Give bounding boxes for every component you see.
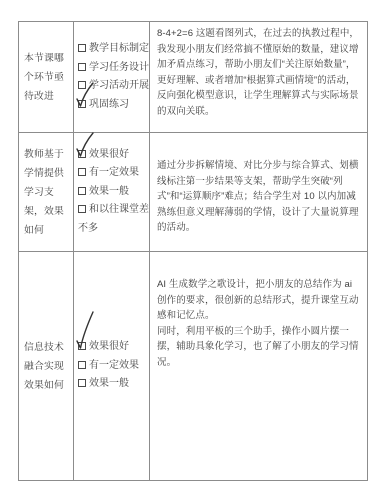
comment-cell-scaffolding: 通过分步拆解情境、对比分步与综合算式、划横线标注第一步结果等支架，帮助学生突破“… — [150, 133, 367, 252]
comment-cell-improvement: 8-4+2=6 这题看图列式，在过去的执教过程中，我发现小朋友们经常搞不懂原始的… — [150, 22, 367, 133]
checkbox-icon[interactable] — [78, 168, 86, 176]
option-label: 学习活动开展 — [89, 80, 149, 91]
question-label: 本节课哪个环节亟待改进 — [24, 49, 73, 106]
comment-text: AI 生成数学之歌设计，把小朋友的总结作为 ai 创作的要求，很创新的总结形式，… — [157, 277, 360, 371]
checkbox-icon[interactable] — [78, 205, 86, 213]
question-label: 教师基于学情提供学习支架，效果如何 — [24, 145, 73, 240]
option-item[interactable]: 效果一般 — [78, 183, 149, 202]
option-item[interactable]: 和以往课堂差不多 — [78, 201, 149, 238]
options-cell-improvement: 教学目标制定 学习任务设计 学习活动开展 巩固练习 — [74, 22, 150, 133]
checkbox-icon[interactable] — [78, 44, 86, 52]
option-label: 学习任务设计 — [89, 62, 149, 73]
question-cell-technology: 信息技术融合实现效果如何 — [19, 252, 74, 480]
option-item[interactable]: 有一定效果 — [78, 164, 149, 183]
checkbox-icon[interactable] — [78, 187, 86, 195]
option-item[interactable]: 有一定效果 — [78, 357, 149, 376]
option-label: 效果一般 — [89, 186, 129, 197]
option-label: 效果很好 — [89, 149, 129, 160]
comment-cell-technology: AI 生成数学之歌设计，把小朋友的总结作为 ai 创作的要求，很创新的总结形式，… — [150, 252, 367, 480]
option-item[interactable]: 学习活动开展 — [78, 77, 149, 96]
question-cell-improvement: 本节课哪个环节亟待改进 — [19, 22, 74, 133]
option-label: 有一定效果 — [89, 167, 139, 178]
option-item-checked[interactable]: 效果很好 — [78, 338, 149, 357]
options-cell-technology: 效果很好 有一定效果 效果一般 — [74, 252, 150, 480]
option-label: 效果一般 — [89, 378, 129, 389]
question-cell-scaffolding: 教师基于学情提供学习支架，效果如何 — [19, 133, 74, 252]
option-item-checked[interactable]: 效果很好 — [78, 146, 149, 165]
checkbox-icon[interactable] — [78, 379, 86, 387]
comment-text: 8-4+2=6 这题看图列式，在过去的执教过程中，我发现小朋友们经常搞不懂原始的… — [157, 26, 360, 120]
reflection-table: 本节课哪个环节亟待改进 教学目标制定 学习任务设计 学习活动开展 巩固练习 8-… — [18, 21, 368, 481]
comment-text: 通过分步拆解情境、对比分步与综合算式、划横线标注第一步结果等支架，帮助学生突破“… — [157, 158, 360, 236]
option-item[interactable]: 教学目标制定 — [78, 40, 149, 59]
option-label: 效果很好 — [89, 341, 129, 352]
option-label: 教学目标制定 — [89, 43, 149, 54]
option-item-checked[interactable]: 巩固练习 — [78, 96, 149, 115]
options-cell-scaffolding: 效果很好 有一定效果 效果一般 和以往课堂差不多 — [74, 133, 150, 252]
checkbox-icon[interactable] — [78, 150, 86, 158]
option-label: 有一定效果 — [89, 360, 139, 371]
checkbox-icon[interactable] — [78, 361, 86, 369]
checkbox-icon[interactable] — [78, 100, 86, 108]
option-label: 和以往课堂差不多 — [78, 204, 149, 234]
checkbox-icon[interactable] — [78, 63, 86, 71]
option-item[interactable]: 效果一般 — [78, 375, 149, 394]
option-item[interactable]: 学习任务设计 — [78, 59, 149, 78]
option-label: 巩固练习 — [89, 99, 129, 110]
checkbox-icon[interactable] — [78, 342, 86, 350]
checkbox-icon[interactable] — [78, 81, 86, 89]
question-label: 信息技术融合实现效果如何 — [24, 338, 73, 395]
